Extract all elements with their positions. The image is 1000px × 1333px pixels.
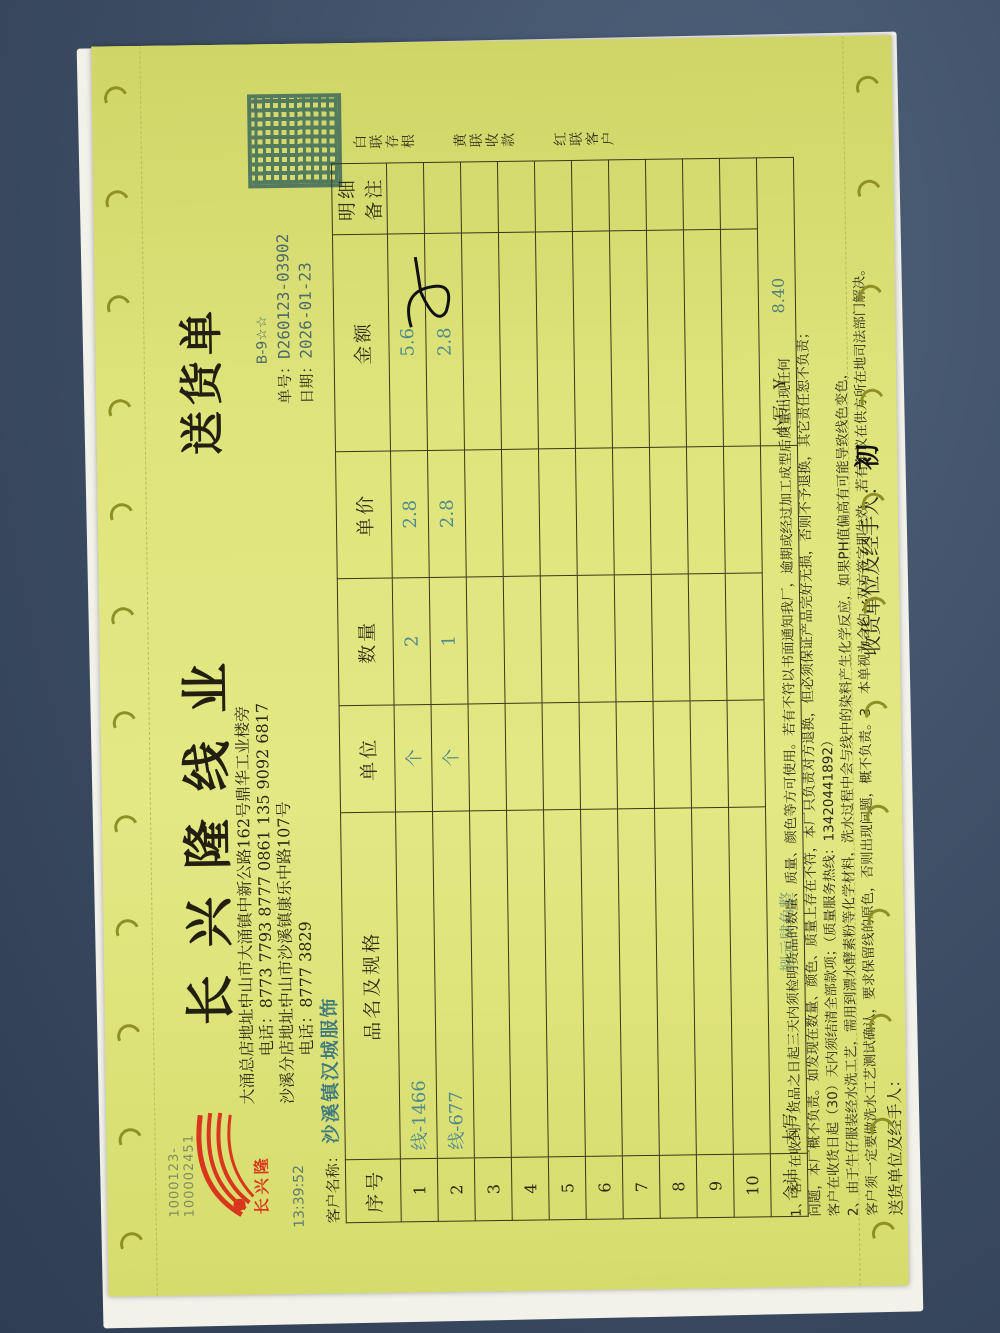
code-mark: B-9☆☆ — [249, 234, 274, 405]
feed-hole-icon — [853, 73, 884, 104]
col-price: 单价 — [335, 451, 392, 579]
copy-label-yellow: 黄联收款 — [453, 131, 517, 152]
order-number: 单号：D260123-03902 — [272, 234, 296, 405]
copy-label-red: 红联客户 — [553, 129, 617, 150]
feed-hole-icon — [861, 698, 892, 729]
address-block: 大涌总店地址：中山市大涌镇中新公路162号鼎华工业楼旁 电话：8773 7793… — [232, 702, 318, 1104]
customer-row: 13:39:52 客户名称： 沙溪镇汉城服饰 — [315, 996, 345, 1223]
feed-hole-icon — [854, 177, 885, 208]
customer-code: 13:39:52 — [291, 1165, 308, 1228]
document-type-title: 送货单 — [165, 305, 231, 456]
feed-hole-icon — [108, 604, 139, 635]
col-no: 序号 — [345, 1159, 401, 1223]
delivery-note: 1000123-100002451 长兴隆 长兴隆线业 送货单 大涌总店地址：中… — [91, 35, 908, 1296]
feed-hole-icon — [864, 906, 895, 937]
order-meta: B-9☆☆ 单号：D260123-03902 日期：2026-01-23 — [249, 233, 318, 404]
feed-hole-icon — [866, 1010, 897, 1041]
phone-branch: 电话：8777 3829 — [292, 702, 318, 1104]
company-logo: 1000123-100002451 长兴隆 — [166, 1104, 278, 1226]
feed-hole-icon — [859, 489, 890, 520]
feed-hole-icon — [109, 708, 140, 739]
col-qty: 数量 — [337, 578, 394, 706]
customer-label: 客户名称： — [324, 1148, 343, 1223]
col-unit: 单位 — [339, 705, 395, 813]
feed-hole-icon — [105, 396, 136, 427]
feed-hole-icon — [107, 500, 138, 531]
feed-hole-icon — [111, 812, 142, 843]
col-name: 品名及规格 — [341, 812, 401, 1160]
feed-hole-icon — [869, 1218, 900, 1249]
feed-hole-icon — [114, 1021, 145, 1052]
document-content: 1000123-100002451 长兴隆 长兴隆线业 送货单 大涌总店地址：中… — [152, 86, 848, 1225]
qr-code-icon — [247, 93, 342, 188]
feed-hole-icon — [101, 83, 132, 114]
feed-hole-icon — [867, 1114, 898, 1145]
feed-hole-icon — [860, 593, 891, 624]
feed-hole-icon — [863, 802, 894, 833]
feed-hole-icon — [115, 1125, 146, 1156]
col-amount: 金额 — [332, 234, 390, 452]
col-remark: 明细备注 — [331, 163, 387, 235]
handwritten-checkmark-icon — [390, 252, 461, 333]
copy-label-white: 白联存根 — [353, 132, 417, 153]
feed-hole-icon — [102, 187, 133, 218]
feed-hole-icon — [856, 281, 887, 312]
feed-hole-icon — [104, 292, 135, 323]
order-date: 日期：2026-01-23 — [294, 233, 318, 404]
feed-hole-icon — [117, 1229, 148, 1260]
logo-brand-text: 长兴隆 — [249, 1154, 273, 1214]
customer-name: 沙溪镇汉城服饰 — [319, 996, 343, 1143]
feed-hole-icon — [112, 916, 143, 947]
company-name: 长兴隆线业 — [166, 635, 243, 1026]
feed-hole-icon — [857, 385, 888, 416]
